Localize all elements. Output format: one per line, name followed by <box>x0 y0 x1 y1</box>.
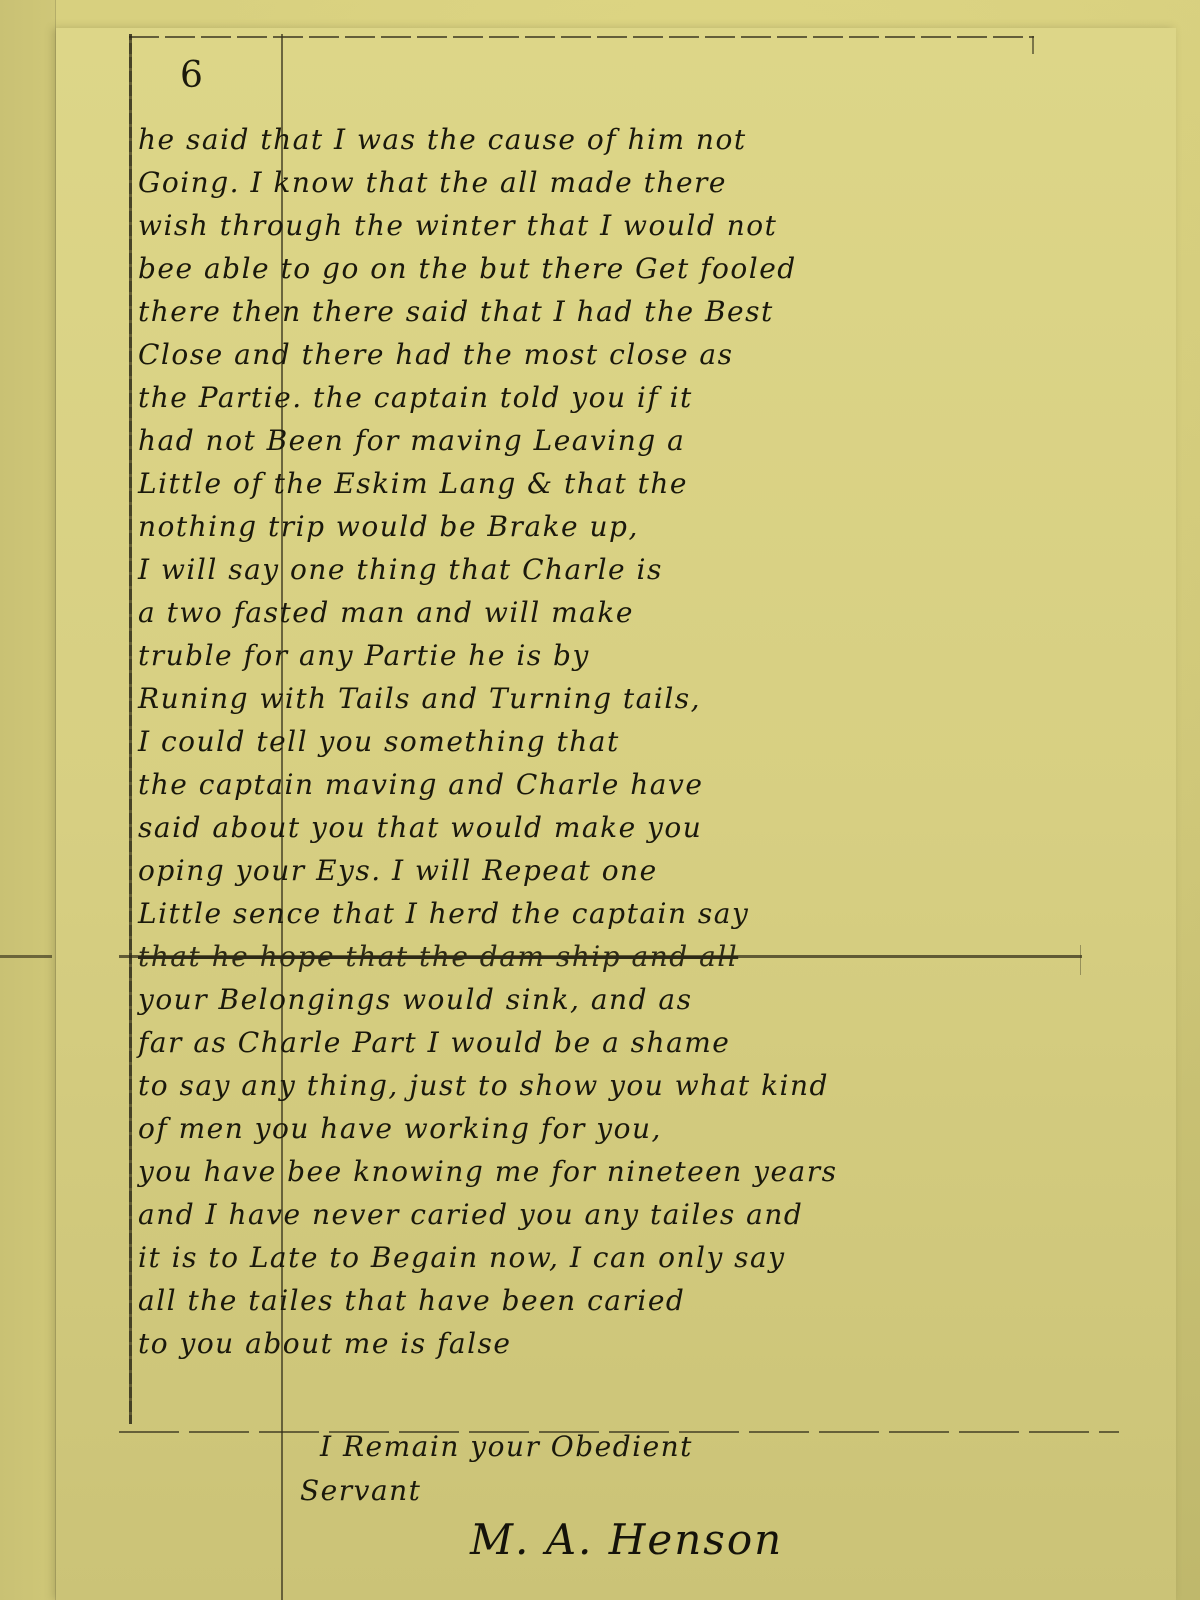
closing-line: I Remain your Obedient <box>300 1425 693 1469</box>
body-line: I will say one thing that Charle is <box>138 548 1058 591</box>
body-line: the Partie. the captain told you if it <box>138 376 1058 419</box>
body-line: Going. I know that the all made there <box>138 161 1058 204</box>
frame-top-corner <box>1032 36 1034 54</box>
body-line: of men you have working for you, <box>138 1107 1058 1150</box>
body-line: I could tell you something that <box>138 720 1058 763</box>
body-line: wish through the winter that I would not <box>138 204 1058 247</box>
body-line: far as Charle Part I would be a shame <box>138 1021 1058 1064</box>
closing-line: Servant <box>300 1469 693 1513</box>
page-number: 6 <box>180 55 203 96</box>
body-line: your Belongings would sink, and as <box>138 978 1058 1021</box>
adjacent-page-edge <box>0 0 56 1600</box>
frame-left-rule <box>129 34 132 1424</box>
body-line: it is to Late to Begain now, I can only … <box>138 1236 1058 1279</box>
body-line: a two fasted man and will make <box>138 591 1058 634</box>
fold-line-end <box>1080 945 1081 975</box>
body-line: and I have never caried you any tailes a… <box>138 1193 1058 1236</box>
body-line: all the tailes that have been caried <box>138 1279 1058 1322</box>
body-line: to say any thing, just to show you what … <box>138 1064 1058 1107</box>
body-line: Runing with Tails and Turning tails, <box>138 677 1058 720</box>
body-line: he said that I was the cause of him not <box>138 118 1058 161</box>
body-line: Little sence that I herd the captain say <box>138 892 1058 935</box>
struck-body-line: that he hope that the dam ship and all <box>138 935 1058 978</box>
body-line: you have bee knowing me for nineteen yea… <box>138 1150 1058 1193</box>
body-line: had not Been for maving Leaving a <box>138 419 1058 462</box>
body-line: nothing trip would be Brake up, <box>138 505 1058 548</box>
signature: M. A. Henson <box>470 1515 783 1564</box>
body-line: truble for any Partie he is by <box>138 634 1058 677</box>
body-line: oping your Eys. I will Repeat one <box>138 849 1058 892</box>
body-line: the captain maving and Charle have <box>138 763 1058 806</box>
body-line: to you about me is false <box>138 1322 1058 1365</box>
adjacent-page-rule <box>0 955 52 958</box>
body-line: Close and there had the most close as <box>138 333 1058 376</box>
letter-body: he said that I was the cause of him not … <box>138 118 1058 1365</box>
frame-top-rule <box>129 36 1034 38</box>
body-line: said about you that would make you <box>138 806 1058 849</box>
body-line: Little of the Eskim Lang & that the <box>138 462 1058 505</box>
body-line: there then there said that I had the Bes… <box>138 290 1058 333</box>
closing: I Remain your Obedient Servant <box>300 1425 693 1513</box>
body-line: bee able to go on the but there Get fool… <box>138 247 1058 290</box>
